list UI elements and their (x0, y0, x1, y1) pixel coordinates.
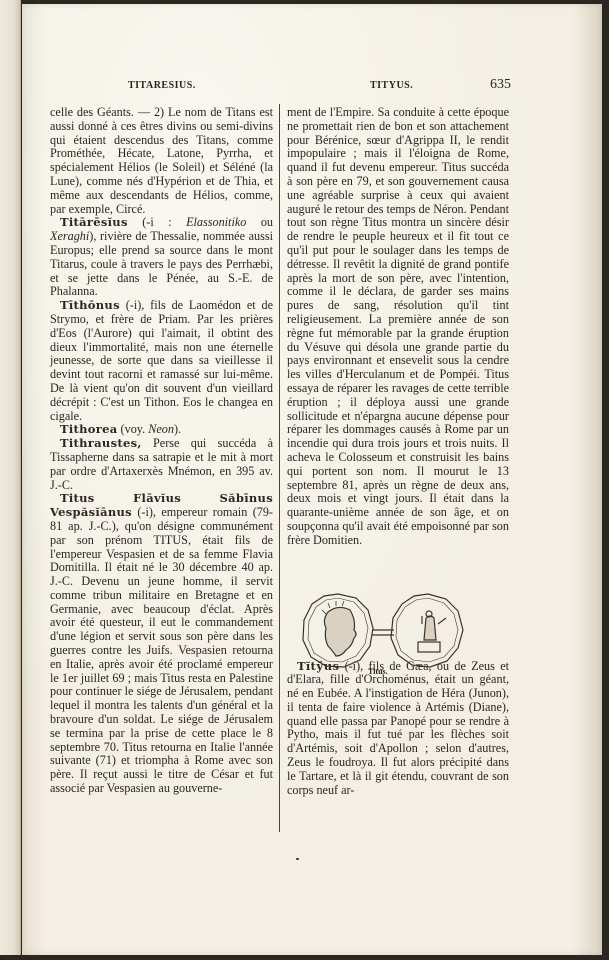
headword: Tithorea (60, 422, 118, 436)
ink-speck (296, 858, 299, 860)
column-rule (279, 104, 280, 832)
continuation-text: ment de l'Empire. Sa conduite à cette ép… (287, 106, 509, 548)
left-column: celle des Géants. — 2) Le nom de Titans … (50, 106, 273, 796)
entry-titus: Titus Flāvĭus Săbīnus Vespăsĭānus (-i), … (50, 492, 273, 796)
scanned-book-page: TITARESIUS. TITYUS. 635 celle des Géants… (0, 0, 609, 960)
entry-tityus: Tĭtўus (-i), fils de Gæa, ou de Zeus et … (287, 660, 509, 798)
headword: Titārēsĭus (60, 215, 128, 229)
entry-tithorea: Tithorea (voy. Neon). (50, 423, 273, 437)
obverse-coin-icon (303, 594, 373, 667)
headword: Tithraustes, (60, 436, 142, 450)
connector (372, 630, 394, 635)
right-column: ment de l'Empire. Sa conduite à cette ép… (287, 106, 509, 797)
running-head-left: TITARESIUS. (128, 80, 196, 91)
previous-page-edge (0, 0, 21, 955)
page-number: 635 (490, 77, 511, 93)
entry-tithraustes: Tithraustes, Perse qui succéda à Tissaph… (50, 437, 273, 492)
continuation-text: celle des Géants. — 2) Le nom de Titans … (50, 106, 273, 216)
entry-tithonus: Tīthōnus (-i), fils de Laomédon et de St… (50, 299, 273, 423)
figure-caption: Titus. (368, 667, 388, 676)
running-head-right: TITYUS. (370, 80, 413, 91)
headword: Tīthōnus (60, 298, 120, 312)
reverse-coin-icon (391, 594, 463, 667)
entry-titaresius: Titārēsĭus (-i : Elassonitiko ou Xeraghi… (50, 216, 273, 299)
